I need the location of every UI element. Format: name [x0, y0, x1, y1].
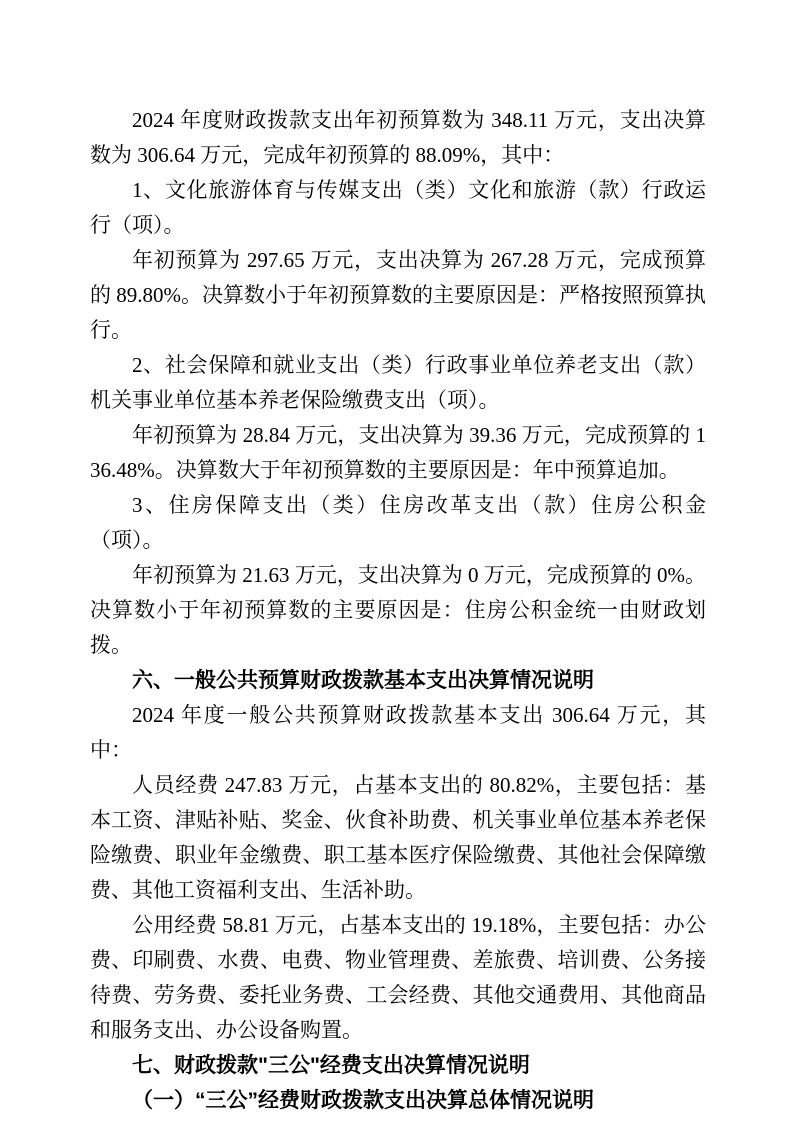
para-item-1-detail: 年初预算为 297.65 万元，支出决算为 267.28 万元，完成预算的 89… [90, 243, 706, 348]
para-item-3-housing: 3、住房保障支出（类）住房改革支出（款）住房公积金（项）。 [90, 488, 706, 558]
para-item-1-culture-tourism: 1、文化旅游体育与传媒支出（类）文化和旅游（款）行政运行（项）。 [90, 173, 706, 243]
para-item-3-detail: 年初预算为 21.63 万元，支出决算为 0 万元，完成预算的 0%。决算数小于… [90, 558, 706, 663]
para-personnel-funds: 人员经费 247.83 万元，占基本支出的 80.82%，主要包括：基本工资、津… [90, 768, 706, 908]
document-page: 2024 年度财政拨款支出年初预算数为 348.11 万元，支出决算数为 306… [0, 0, 793, 1122]
para-basic-expenditure-total: 2024 年度一般公共预算财政拨款基本支出 306.64 万元，其中： [90, 698, 706, 768]
heading-section-6-basic-expenditure: 六、一般公共预算财政拨款基本支出决算情况说明 [90, 663, 706, 698]
para-item-2-social-security: 2、社会保障和就业支出（类）行政事业单位养老支出（款）机关事业单位基本养老保险缴… [90, 348, 706, 418]
heading-section-7-three-public-funds: 七、财政拨款"三公"经费支出决算情况说明 [90, 1048, 706, 1083]
para-expenditure-overview: 2024 年度财政拨款支出年初预算数为 348.11 万元，支出决算数为 306… [90, 103, 706, 173]
document-body: 2024 年度财政拨款支出年初预算数为 348.11 万元，支出决算数为 306… [90, 103, 706, 1118]
para-public-funds: 公用经费 58.81 万元，占基本支出的 19.18%，主要包括：办公费、印刷费… [90, 908, 706, 1048]
heading-section-7-1-overall: （一）“三公”经费财政拨款支出决算总体情况说明 [90, 1083, 706, 1118]
para-item-2-detail: 年初预算为 28.84 万元，支出决算为 39.36 万元，完成预算的 136.… [90, 418, 706, 488]
